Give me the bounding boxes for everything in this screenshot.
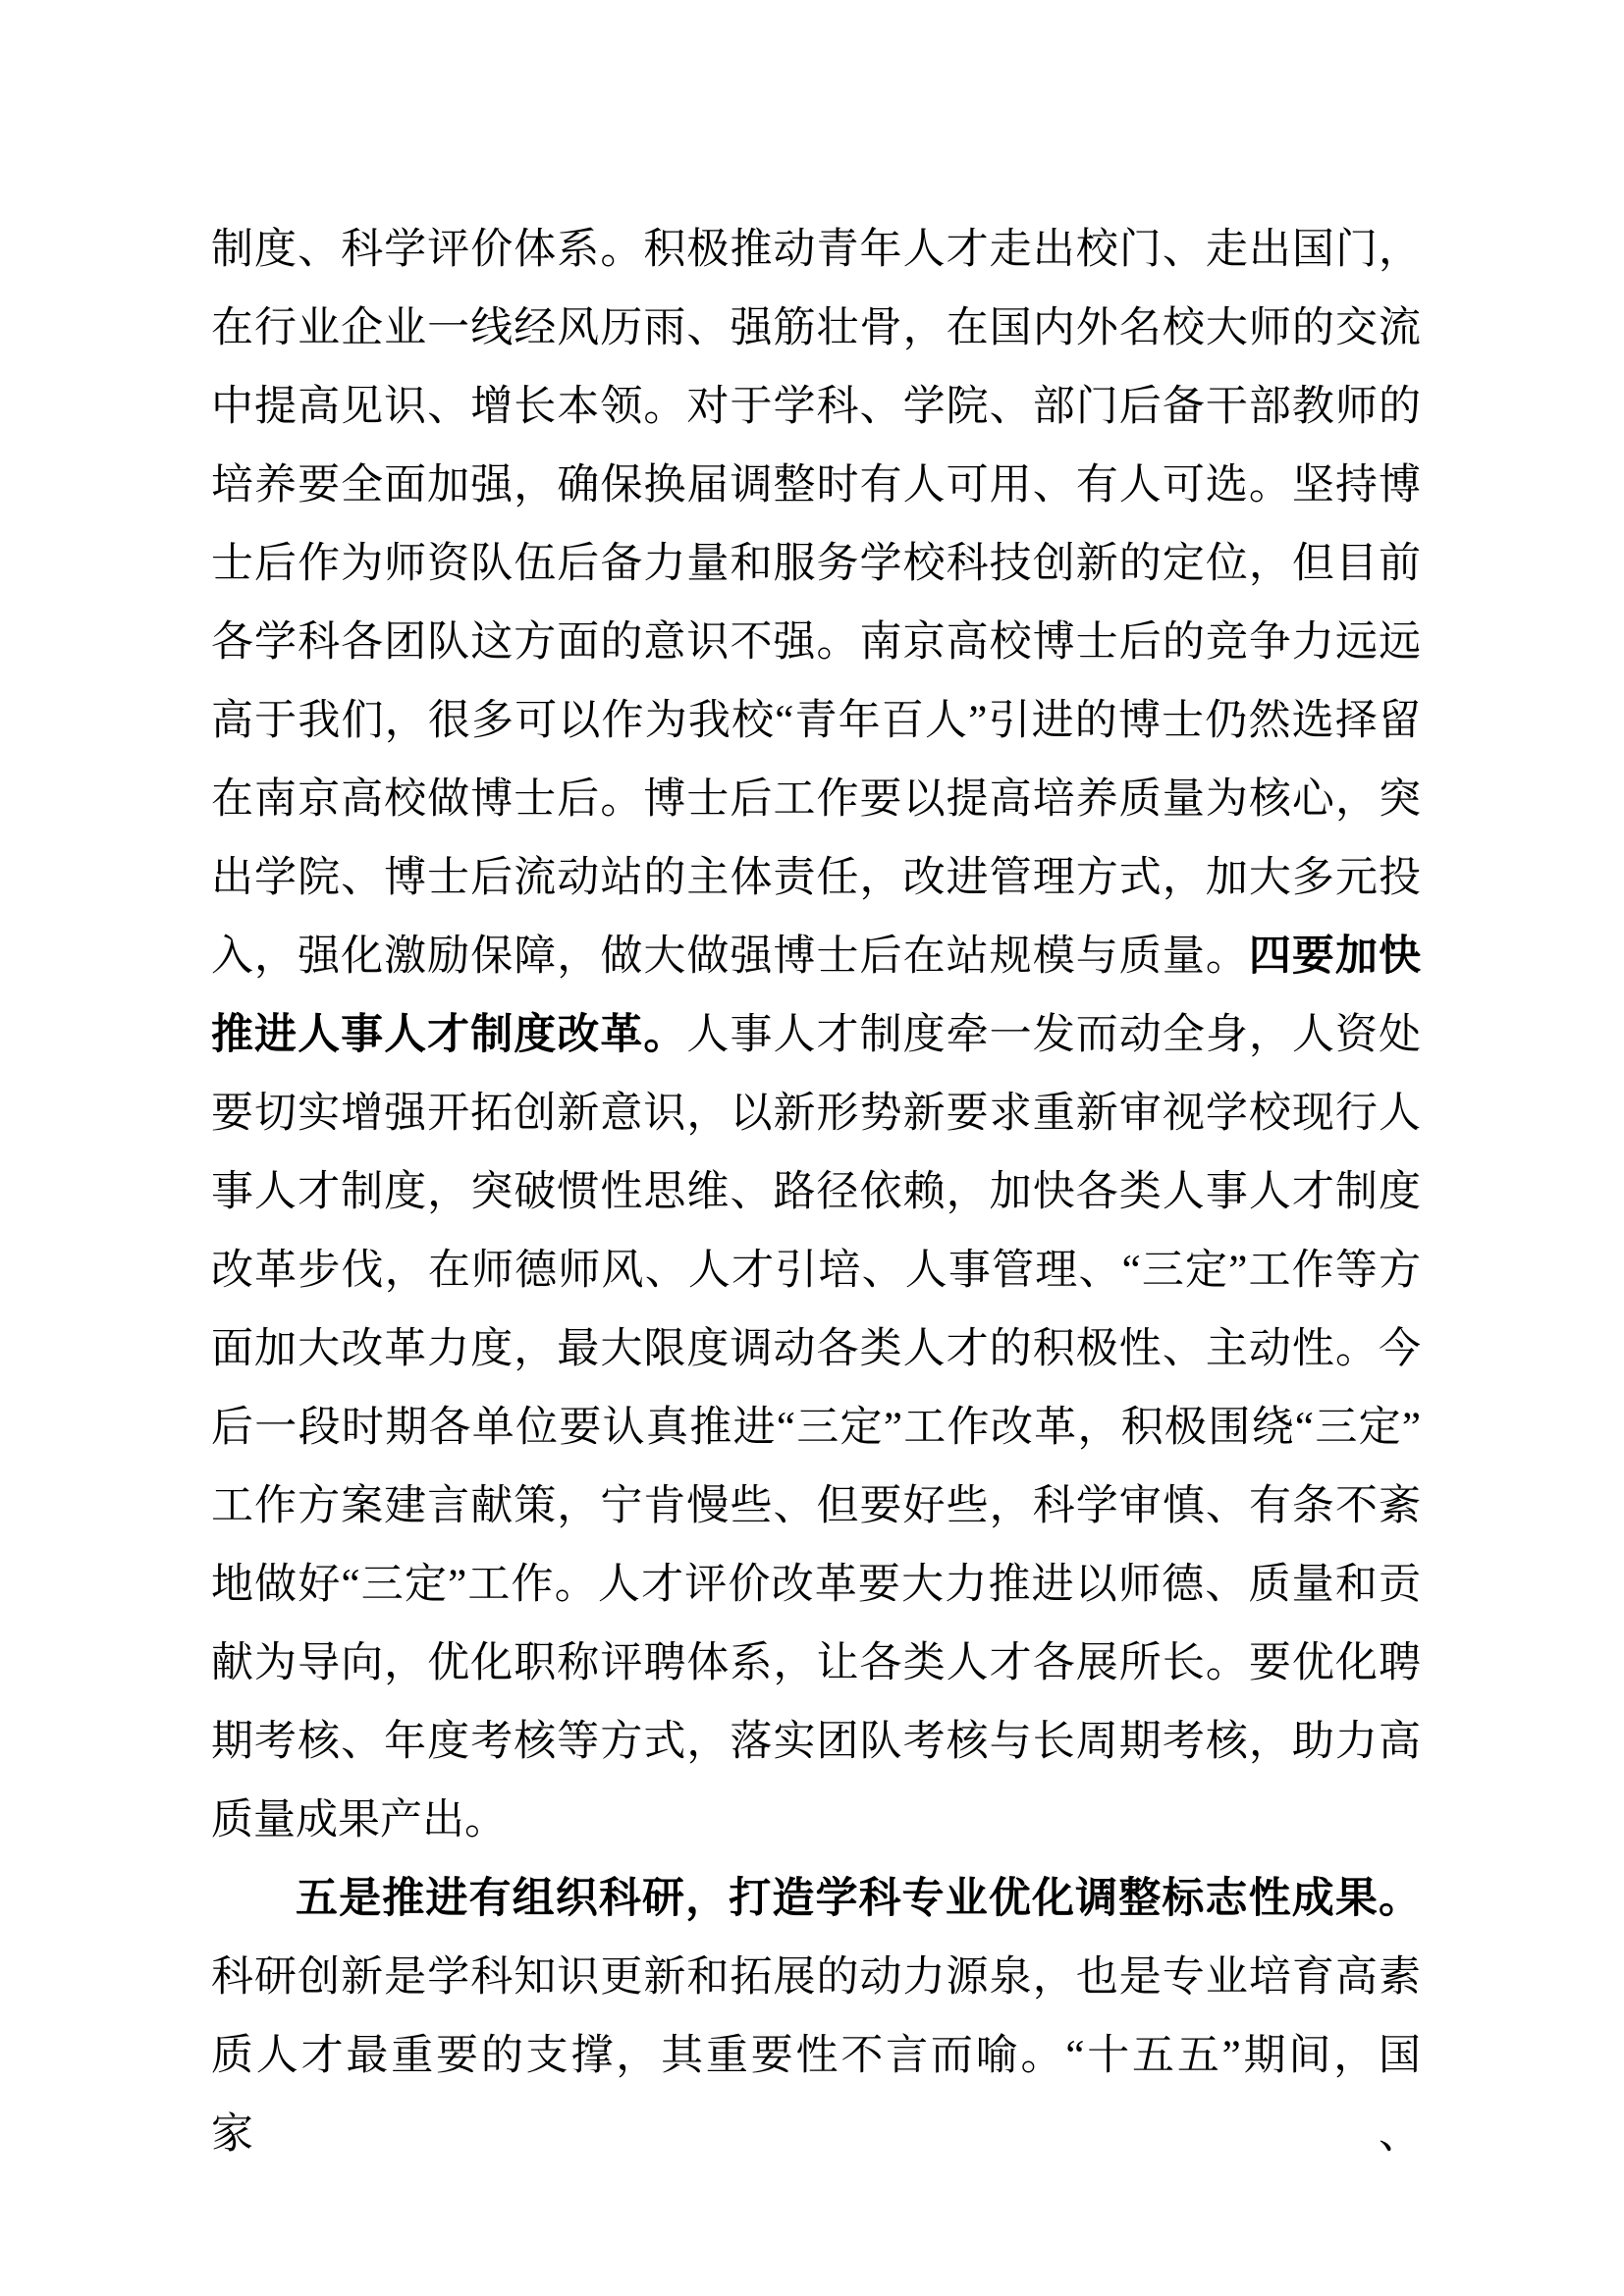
text-block: 制度、科学评价体系。积极推动青年人才走出校门、走出国门，在行业企业一线经风历雨、…: [211, 211, 1421, 2096]
body-text-run: 入，强化激励保障，做大做强博士后在站规模与质量。: [211, 934, 1249, 980]
body-text-run: 人事人才制度牵一发而动全身，人资处: [686, 1012, 1421, 1058]
body-text-run: 科研创新是学科知识更新和拓展的动力源泉，也是专业培育高素: [211, 1954, 1421, 2001]
body-text-run: 献为导向，优化职称评聘体系，让各类人才各展所长。要优化聘: [211, 1640, 1421, 1686]
body-text-run: 要切实增强开拓创新意识，以新形势新要求重新审视学校现行人: [211, 1091, 1421, 1137]
document-page: 制度、科学评价体系。积极推动青年人才走出校门、走出国门，在行业企业一线经风历雨、…: [0, 0, 1624, 2296]
body-text-run: 地做好“三定”工作。人才评价改革要大力推进以师德、质量和贡: [211, 1562, 1421, 1608]
bold-emphasis-text: 五是推进有组织科研，打造学科专业优化调整标志性成果。: [296, 1876, 1421, 1922]
text-line: 推进人事人才制度改革。人事人才制度牵一发而动全身，人资处: [211, 996, 1421, 1075]
bold-emphasis-text: 推进人事人才制度改革。: [211, 1012, 686, 1058]
body-text-run: 面加大改革力度，最大限度调动各类人才的积极性、主动性。今: [211, 1326, 1421, 1372]
body-text-run: 期考核、年度考核等方式，落实团队考核与长周期考核，助力高: [211, 1719, 1421, 1765]
text-line: 中提高见识、增长本领。对于学科、学院、部门后备干部教师的: [211, 368, 1421, 447]
body-text-run: 制度、科学评价体系。积极推动青年人才走出校门、走出国门，: [211, 227, 1421, 273]
body-text-run: 士后作为师资队伍后备力量和服务学校科技创新的定位，但目前: [211, 541, 1421, 587]
text-line: 入，强化激励保障，做大做强博士后在站规模与质量。四要加快: [211, 918, 1421, 996]
text-line: 质量成果产出。: [211, 1782, 1421, 1860]
text-line: 五是推进有组织科研，打造学科专业优化调整标志性成果。: [211, 1860, 1421, 1939]
text-line: 工作方案建言献策，宁肯慢些、但要好些，科学审慎、有条不紊: [211, 1468, 1421, 1546]
text-line: 制度、科学评价体系。积极推动青年人才走出校门、走出国门，: [211, 211, 1421, 290]
text-line: 科研创新是学科知识更新和拓展的动力源泉，也是专业培育高素: [211, 1939, 1421, 2017]
text-line: 地做好“三定”工作。人才评价改革要大力推进以师德、质量和贡: [211, 1546, 1421, 1625]
text-line: 面加大改革力度，最大限度调动各类人才的积极性、主动性。今: [211, 1310, 1421, 1389]
text-line: 质人才最重要的支撑，其重要性不言而喻。“十五五”期间，国家、: [211, 2017, 1421, 2096]
body-text-run: 在南京高校做博士后。博士后工作要以提高培养质量为核心，突: [211, 776, 1421, 823]
text-line: 要切实增强开拓创新意识，以新形势新要求重新审视学校现行人: [211, 1075, 1421, 1153]
text-line: 后一段时期各单位要认真推进“三定”工作改革，积极围绕“三定”: [211, 1389, 1421, 1468]
text-line: 在南京高校做博士后。博士后工作要以提高培养质量为核心，突: [211, 761, 1421, 839]
body-text-run: 各学科各团队这方面的意识不强。南京高校博士后的竞争力远远: [211, 619, 1421, 666]
body-text-run: 事人才制度，突破惯性思维、路径依赖，加快各类人事人才制度: [211, 1169, 1421, 1215]
text-line: 士后作为师资队伍后备力量和服务学校科技创新的定位，但目前: [211, 525, 1421, 604]
body-text-run: 后一段时期各单位要认真推进“三定”工作改革，积极围绕“三定”: [211, 1405, 1421, 1451]
body-text-run: 培养要全面加强，确保换届调整时有人可用、有人可选。坚持博: [211, 462, 1421, 508]
text-line: 高于我们，很多可以作为我校“青年百人”引进的博士仍然选择留: [211, 682, 1421, 761]
text-line: 事人才制度，突破惯性思维、路径依赖，加快各类人事人才制度: [211, 1153, 1421, 1232]
body-text-run: 出学院、博士后流动站的主体责任，改进管理方式，加大多元投: [211, 855, 1421, 901]
body-text-run: 中提高见识、增长本领。对于学科、学院、部门后备干部教师的: [211, 384, 1421, 430]
text-line: 献为导向，优化职称评聘体系，让各类人才各展所长。要优化聘: [211, 1625, 1421, 1703]
text-line: 在行业企业一线经风历雨、强筋壮骨，在国内外名校大师的交流: [211, 290, 1421, 368]
body-text-run: 改革步伐，在师德师风、人才引培、人事管理、“三定”工作等方: [211, 1248, 1421, 1294]
body-text-run: 高于我们，很多可以作为我校“青年百人”引进的博士仍然选择留: [211, 698, 1421, 744]
body-text-run: 质量成果产出。: [211, 1797, 507, 1843]
text-line: 出学院、博士后流动站的主体责任，改进管理方式，加大多元投: [211, 839, 1421, 918]
body-text-run: 在行业企业一线经风历雨、强筋壮骨，在国内外名校大师的交流: [211, 305, 1421, 351]
body-text-run: 工作方案建言献策，宁肯慢些、但要好些，科学审慎、有条不紊: [211, 1483, 1421, 1529]
body-text-run: 质人才最重要的支撑，其重要性不言而喻。“十五五”期间，国家、: [211, 2033, 1421, 2158]
text-line: 各学科各团队这方面的意识不强。南京高校博士后的竞争力远远: [211, 604, 1421, 682]
text-line: 培养要全面加强，确保换届调整时有人可用、有人可选。坚持博: [211, 447, 1421, 525]
bold-emphasis-text: 四要加快: [1249, 934, 1421, 980]
text-line: 期考核、年度考核等方式，落实团队考核与长周期考核，助力高: [211, 1703, 1421, 1782]
text-line: 改革步伐，在师德师风、人才引培、人事管理、“三定”工作等方: [211, 1232, 1421, 1310]
